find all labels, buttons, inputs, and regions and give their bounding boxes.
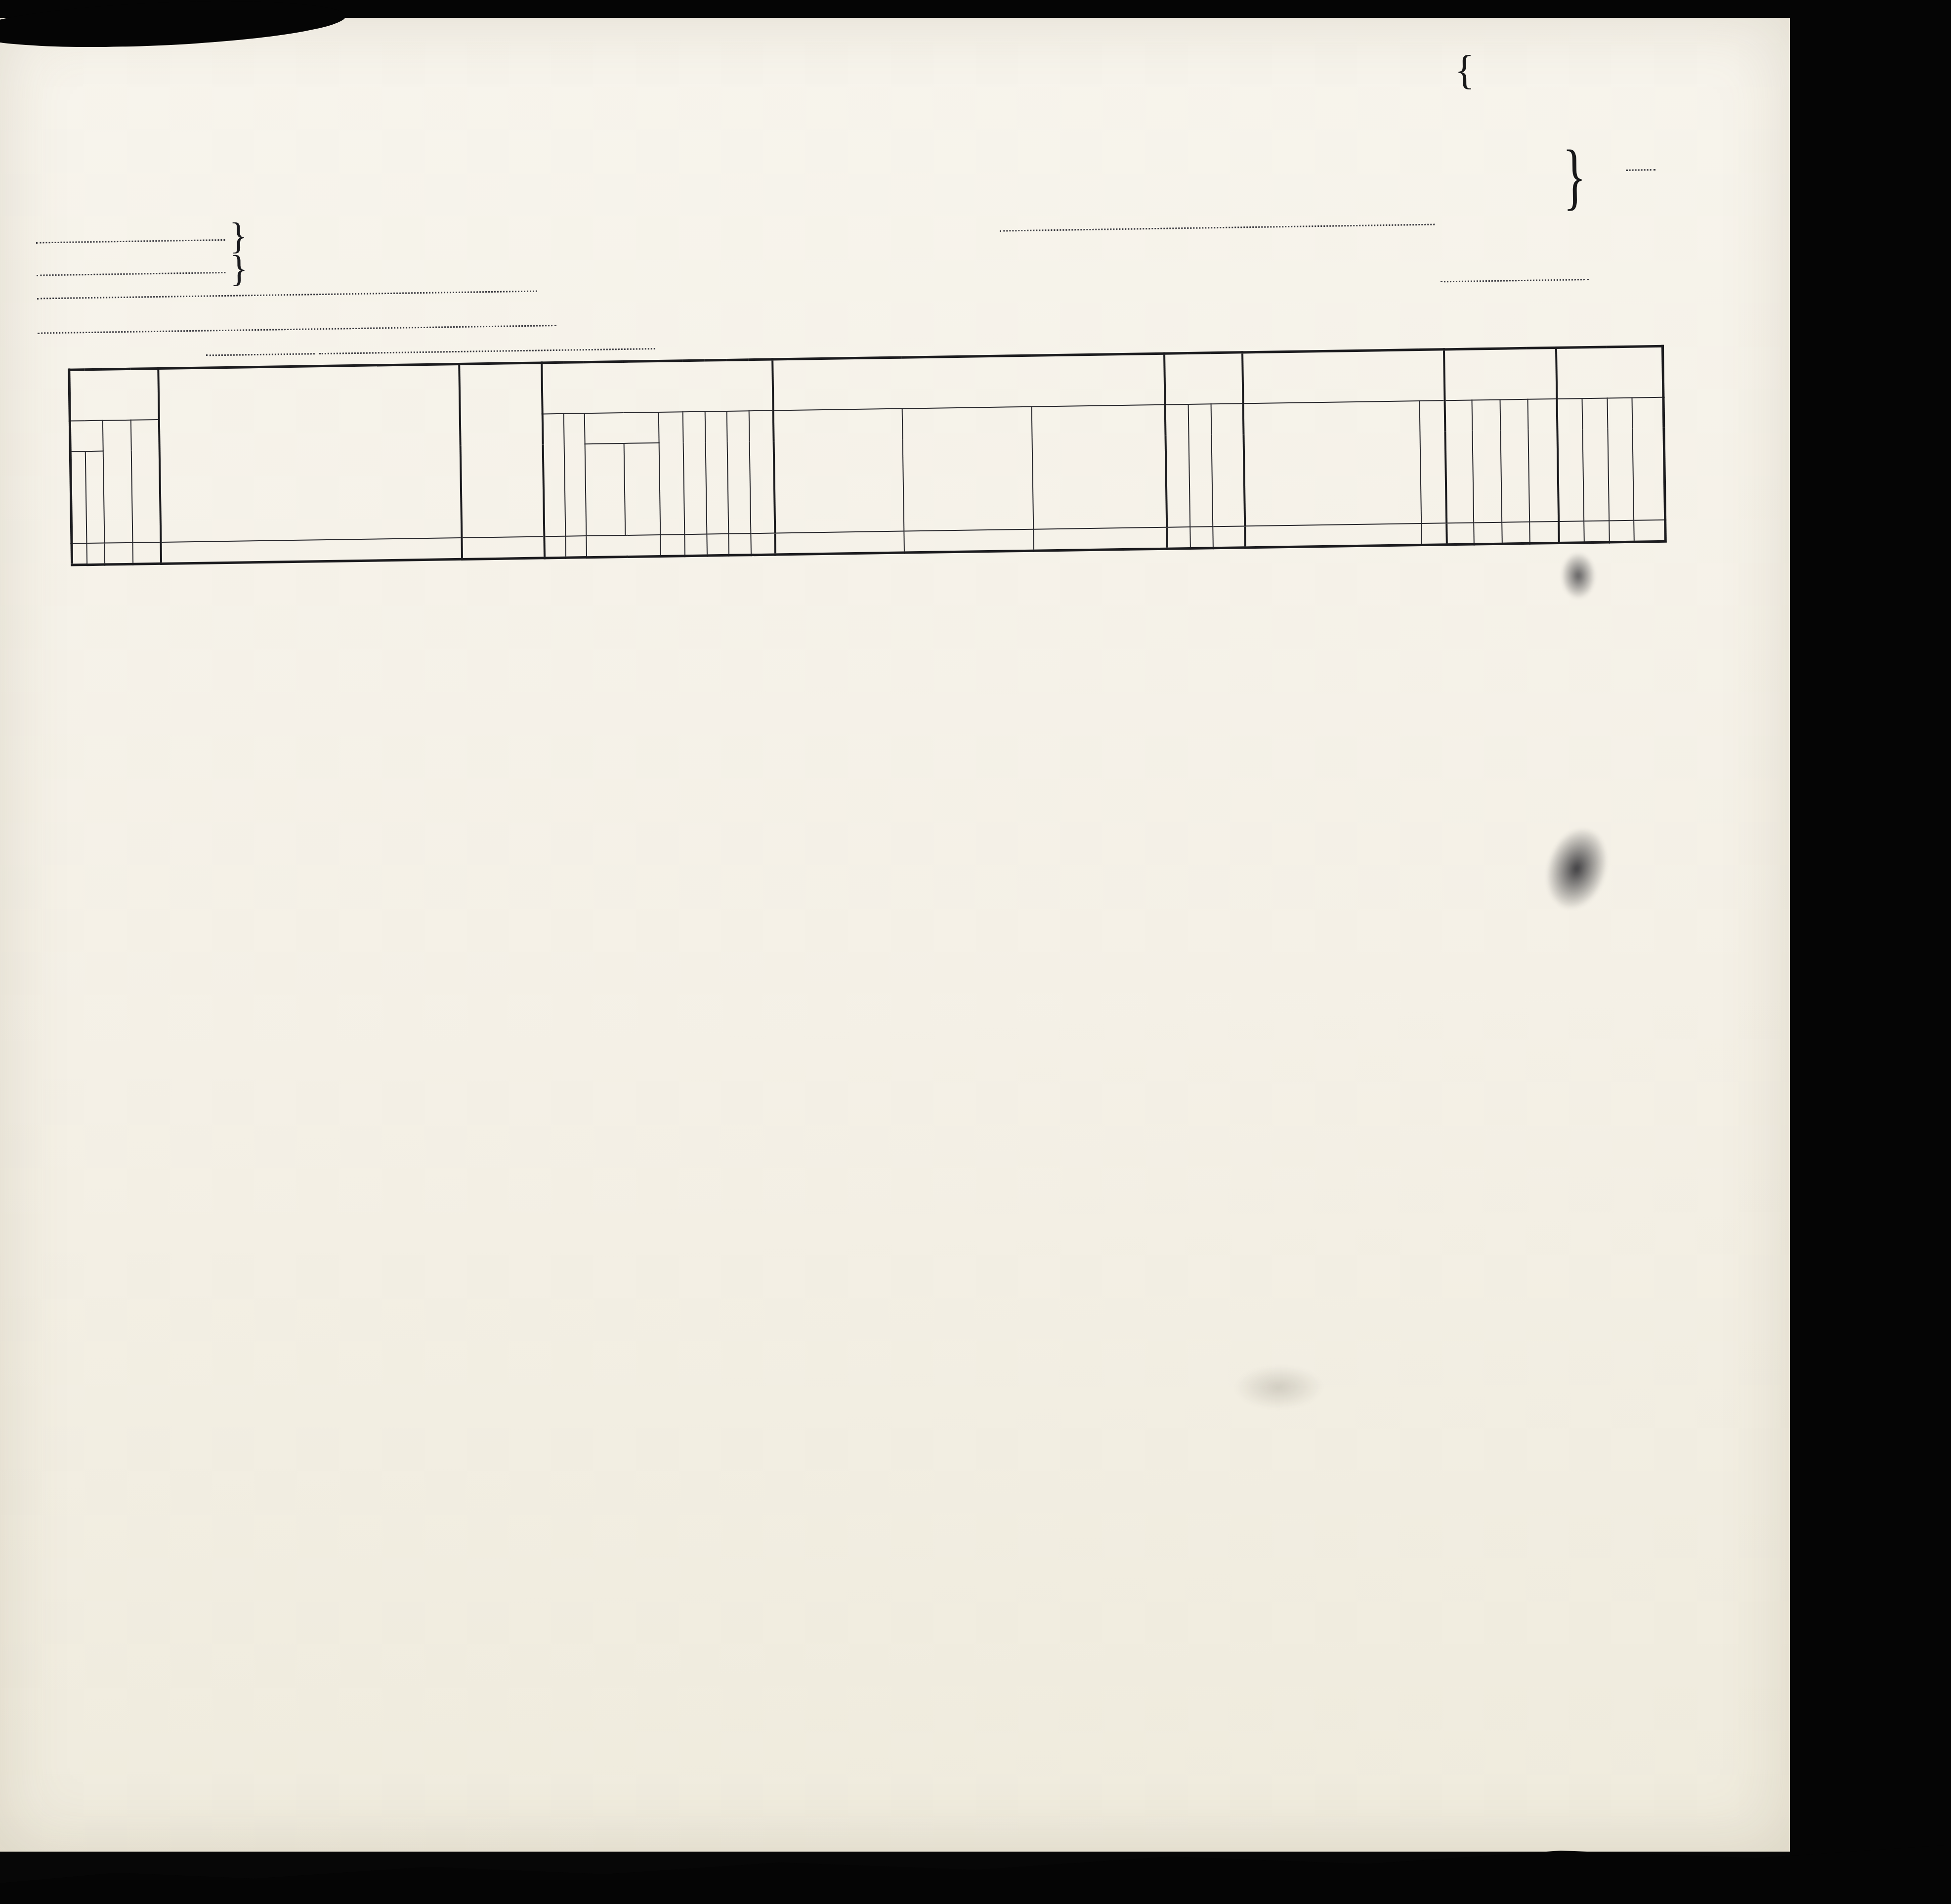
nativity-note — [775, 380, 1163, 386]
group-occupation — [1242, 349, 1444, 404]
census-sheet: { } } } — [0, 17, 1790, 1852]
col-immigration-year — [1165, 404, 1190, 527]
col-children-living — [749, 410, 775, 533]
col-pob-mother — [1032, 405, 1167, 529]
ink-smudge — [1536, 820, 1617, 918]
col-sex — [563, 413, 586, 536]
group-location — [69, 368, 159, 421]
row-numbers-left — [0, 567, 21, 567]
col-family — [131, 420, 161, 543]
col-years-married — [705, 411, 728, 534]
col-farm-schedule — [1632, 397, 1665, 520]
enumerated-mid — [319, 339, 319, 358]
group-citizenship — [1164, 352, 1243, 405]
col-attended-school — [1445, 400, 1474, 523]
relation-sub — [462, 443, 541, 458]
schedule-title — [0, 121, 1572, 144]
ward-field — [1441, 265, 1589, 287]
district-brace: } — [1562, 133, 1586, 219]
township-note — [576, 295, 1060, 302]
census-table — [68, 345, 1667, 566]
row-numbers-right — [0, 567, 21, 567]
enumerated-line — [206, 334, 655, 360]
col-occupation — [1243, 401, 1422, 526]
col-dob — [585, 412, 659, 444]
title-divider — [0, 102, 1632, 127]
group-ownership — [1556, 346, 1663, 399]
occupation-sub — [1245, 373, 1442, 380]
group-name — [158, 364, 462, 542]
scan-border-right — [1790, 0, 1951, 1904]
col-owned-free — [1582, 398, 1609, 521]
group-personal — [542, 359, 773, 414]
col-speak-english — [1528, 399, 1559, 522]
township-label — [37, 284, 38, 303]
col-pob-father — [902, 407, 1033, 531]
state-label — [36, 228, 37, 247]
col-months-not-employed — [1420, 400, 1446, 523]
ink-smudge — [1561, 552, 1596, 600]
enumerated-prefix — [206, 341, 206, 360]
col-dwelling — [103, 420, 132, 543]
state-value — [36, 239, 225, 243]
enumerated-day — [206, 353, 315, 356]
group-relation — [459, 363, 545, 538]
city-value-line — [38, 325, 556, 334]
township-value — [37, 291, 537, 300]
col-street — [70, 451, 86, 543]
col-farm-house — [1607, 398, 1634, 521]
stain — [1234, 1364, 1323, 1410]
institution-field — [1000, 206, 1692, 236]
institution-label — [1000, 218, 1000, 235]
col-can-write — [1500, 399, 1529, 522]
ward-value-line — [1441, 279, 1589, 282]
county-value — [37, 271, 225, 276]
enumerator-name — [319, 348, 655, 354]
group-in-cities — [70, 421, 103, 452]
footer-mark — [257, 1829, 278, 1847]
enumerated-suffix — [655, 334, 655, 353]
nativity-title — [775, 380, 1163, 386]
county-label — [37, 260, 37, 280]
col-pob-person — [773, 409, 904, 533]
col-mother-children — [727, 411, 751, 534]
col-naturalization — [1211, 403, 1245, 526]
supervisors-district — [1275, 139, 1552, 143]
col-owned-rented — [1557, 398, 1584, 521]
group-education — [1444, 347, 1557, 400]
col-marital — [683, 412, 707, 535]
col-can-read — [1472, 400, 1501, 523]
ward-label — [1441, 268, 1441, 286]
col-age — [659, 412, 684, 535]
col-dob-month — [585, 443, 626, 536]
form-header: { } } } — [0, 3, 1783, 370]
sheet-value-13 — [1626, 169, 1655, 171]
group-nativity — [772, 353, 1165, 410]
enumeration-district — [1276, 176, 1553, 180]
col-color — [543, 414, 565, 537]
page-number-brace: { — [1454, 46, 1475, 94]
footer — [257, 1829, 278, 1847]
institution-value-line — [1000, 224, 1435, 232]
city-label — [38, 319, 38, 338]
city-field — [38, 311, 556, 339]
col-dob-year — [624, 443, 661, 535]
page-title — [0, 48, 1631, 72]
col-house-number — [85, 451, 105, 544]
col-years-us — [1188, 404, 1213, 527]
